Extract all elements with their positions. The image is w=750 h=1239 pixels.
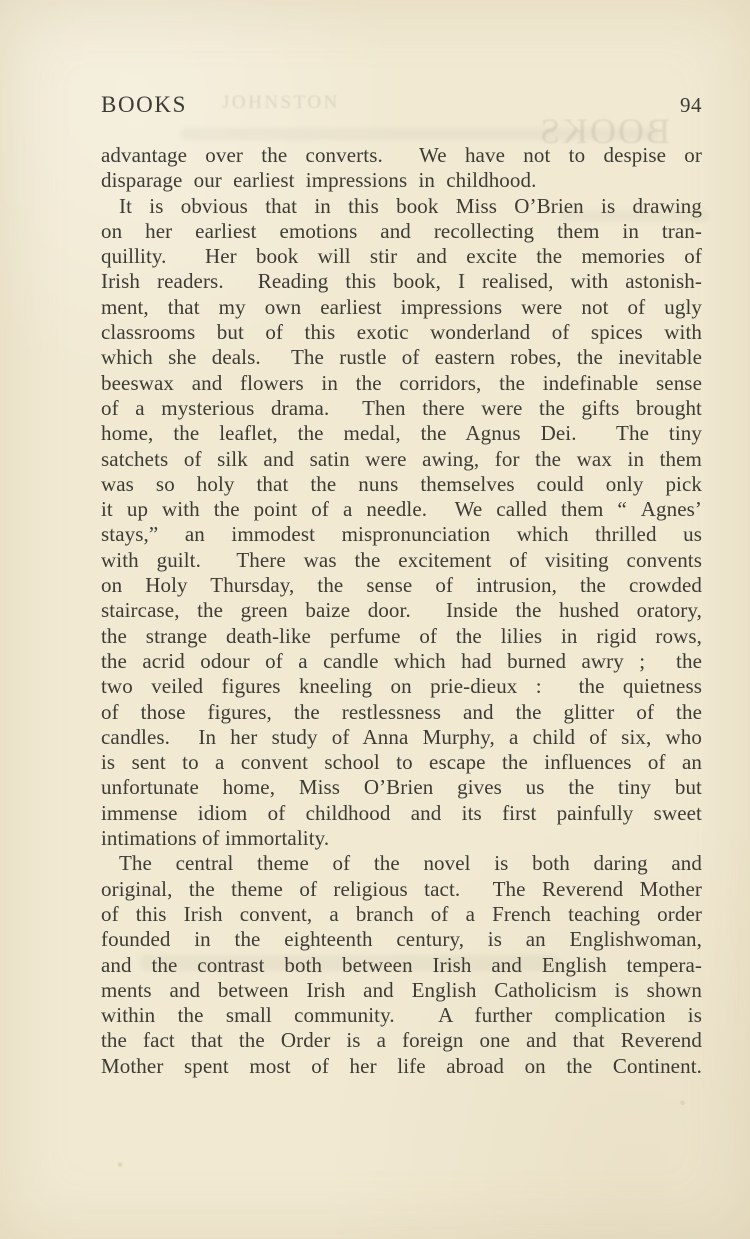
text-line: of a mysterious drama. Then there were t…: [101, 396, 702, 421]
showthrough-smudge: [180, 128, 660, 140]
text-line: home, the leaflet, the medal, the Agnus …: [101, 421, 702, 446]
text-line: which she deals. The rustle of eastern r…: [101, 345, 702, 370]
text-line: unfortunate home, Miss O’Brien gives us …: [101, 775, 702, 800]
text-line: beeswax and flowers in the corridors, th…: [101, 371, 702, 396]
text-line: the strange death-like perfume of the li…: [101, 624, 702, 649]
text-line: staircase, the green baize door. Inside …: [101, 598, 702, 623]
text-line: was so holy that the nuns themselves cou…: [101, 472, 702, 497]
text-line: founded in the eighteenth century, is an…: [101, 927, 702, 952]
text-line: and the contrast both between Irish and …: [101, 953, 702, 978]
text-line: Mother spent most of her life abroad on …: [101, 1054, 702, 1079]
page-header: BOOKS 94: [101, 92, 702, 118]
text-line: it up with the point of a needle. We cal…: [101, 497, 702, 522]
text-line: is sent to a convent school to escape th…: [101, 750, 702, 775]
text-line: ment, that my own earliest impressions w…: [101, 295, 702, 320]
text-line: within the small community. A further co…: [101, 1003, 702, 1028]
text-line: candles. In her study of Anna Murphy, a …: [101, 725, 702, 750]
text-line: stays,” an immodest mispronunciation whi…: [101, 522, 702, 547]
text-line: It is obvious that in this book Miss O’B…: [101, 194, 702, 219]
text-line: advantage over the converts. We have not…: [101, 143, 702, 168]
text-line: The central theme of the novel is both d…: [101, 851, 702, 876]
text-line: quillity. Her book will stir and excite …: [101, 244, 702, 269]
text-line: disparage our earliest impressions in ch…: [101, 168, 702, 193]
text-line: on her earliest emotions and recollectin…: [101, 219, 702, 244]
running-title: BOOKS: [101, 92, 187, 118]
text-line: on Holy Thursday, the sense of intrusion…: [101, 573, 702, 598]
text-line: Irish readers. Reading this book, I real…: [101, 269, 702, 294]
text-line: with guilt. There was the excitement of …: [101, 548, 702, 573]
text-block: advantage over the converts. We have not…: [101, 143, 702, 1079]
text-line: intimations of immortality.: [101, 826, 702, 851]
text-line: original, the theme of religious tact. T…: [101, 877, 702, 902]
book-page: JOHNSTON BOOKS BOOKS 94 advantage over t…: [0, 0, 750, 1239]
text-line: ments and between Irish and English Cath…: [101, 978, 702, 1003]
text-line: of those figures, the restlessness and t…: [101, 700, 702, 725]
text-line: two veiled figures kneeling on prie-dieu…: [101, 674, 702, 699]
page-number: 94: [680, 93, 702, 118]
text-line: the acrid odour of a candle which had bu…: [101, 649, 702, 674]
text-line: of this Irish convent, a branch of a Fre…: [101, 902, 702, 927]
text-line: immense idiom of childhood and its first…: [101, 801, 702, 826]
text-line: classrooms but of this exotic wonderland…: [101, 320, 702, 345]
text-line: satchets of silk and satin were awing, f…: [101, 447, 702, 472]
text-line: the fact that the Order is a foreign one…: [101, 1028, 702, 1053]
